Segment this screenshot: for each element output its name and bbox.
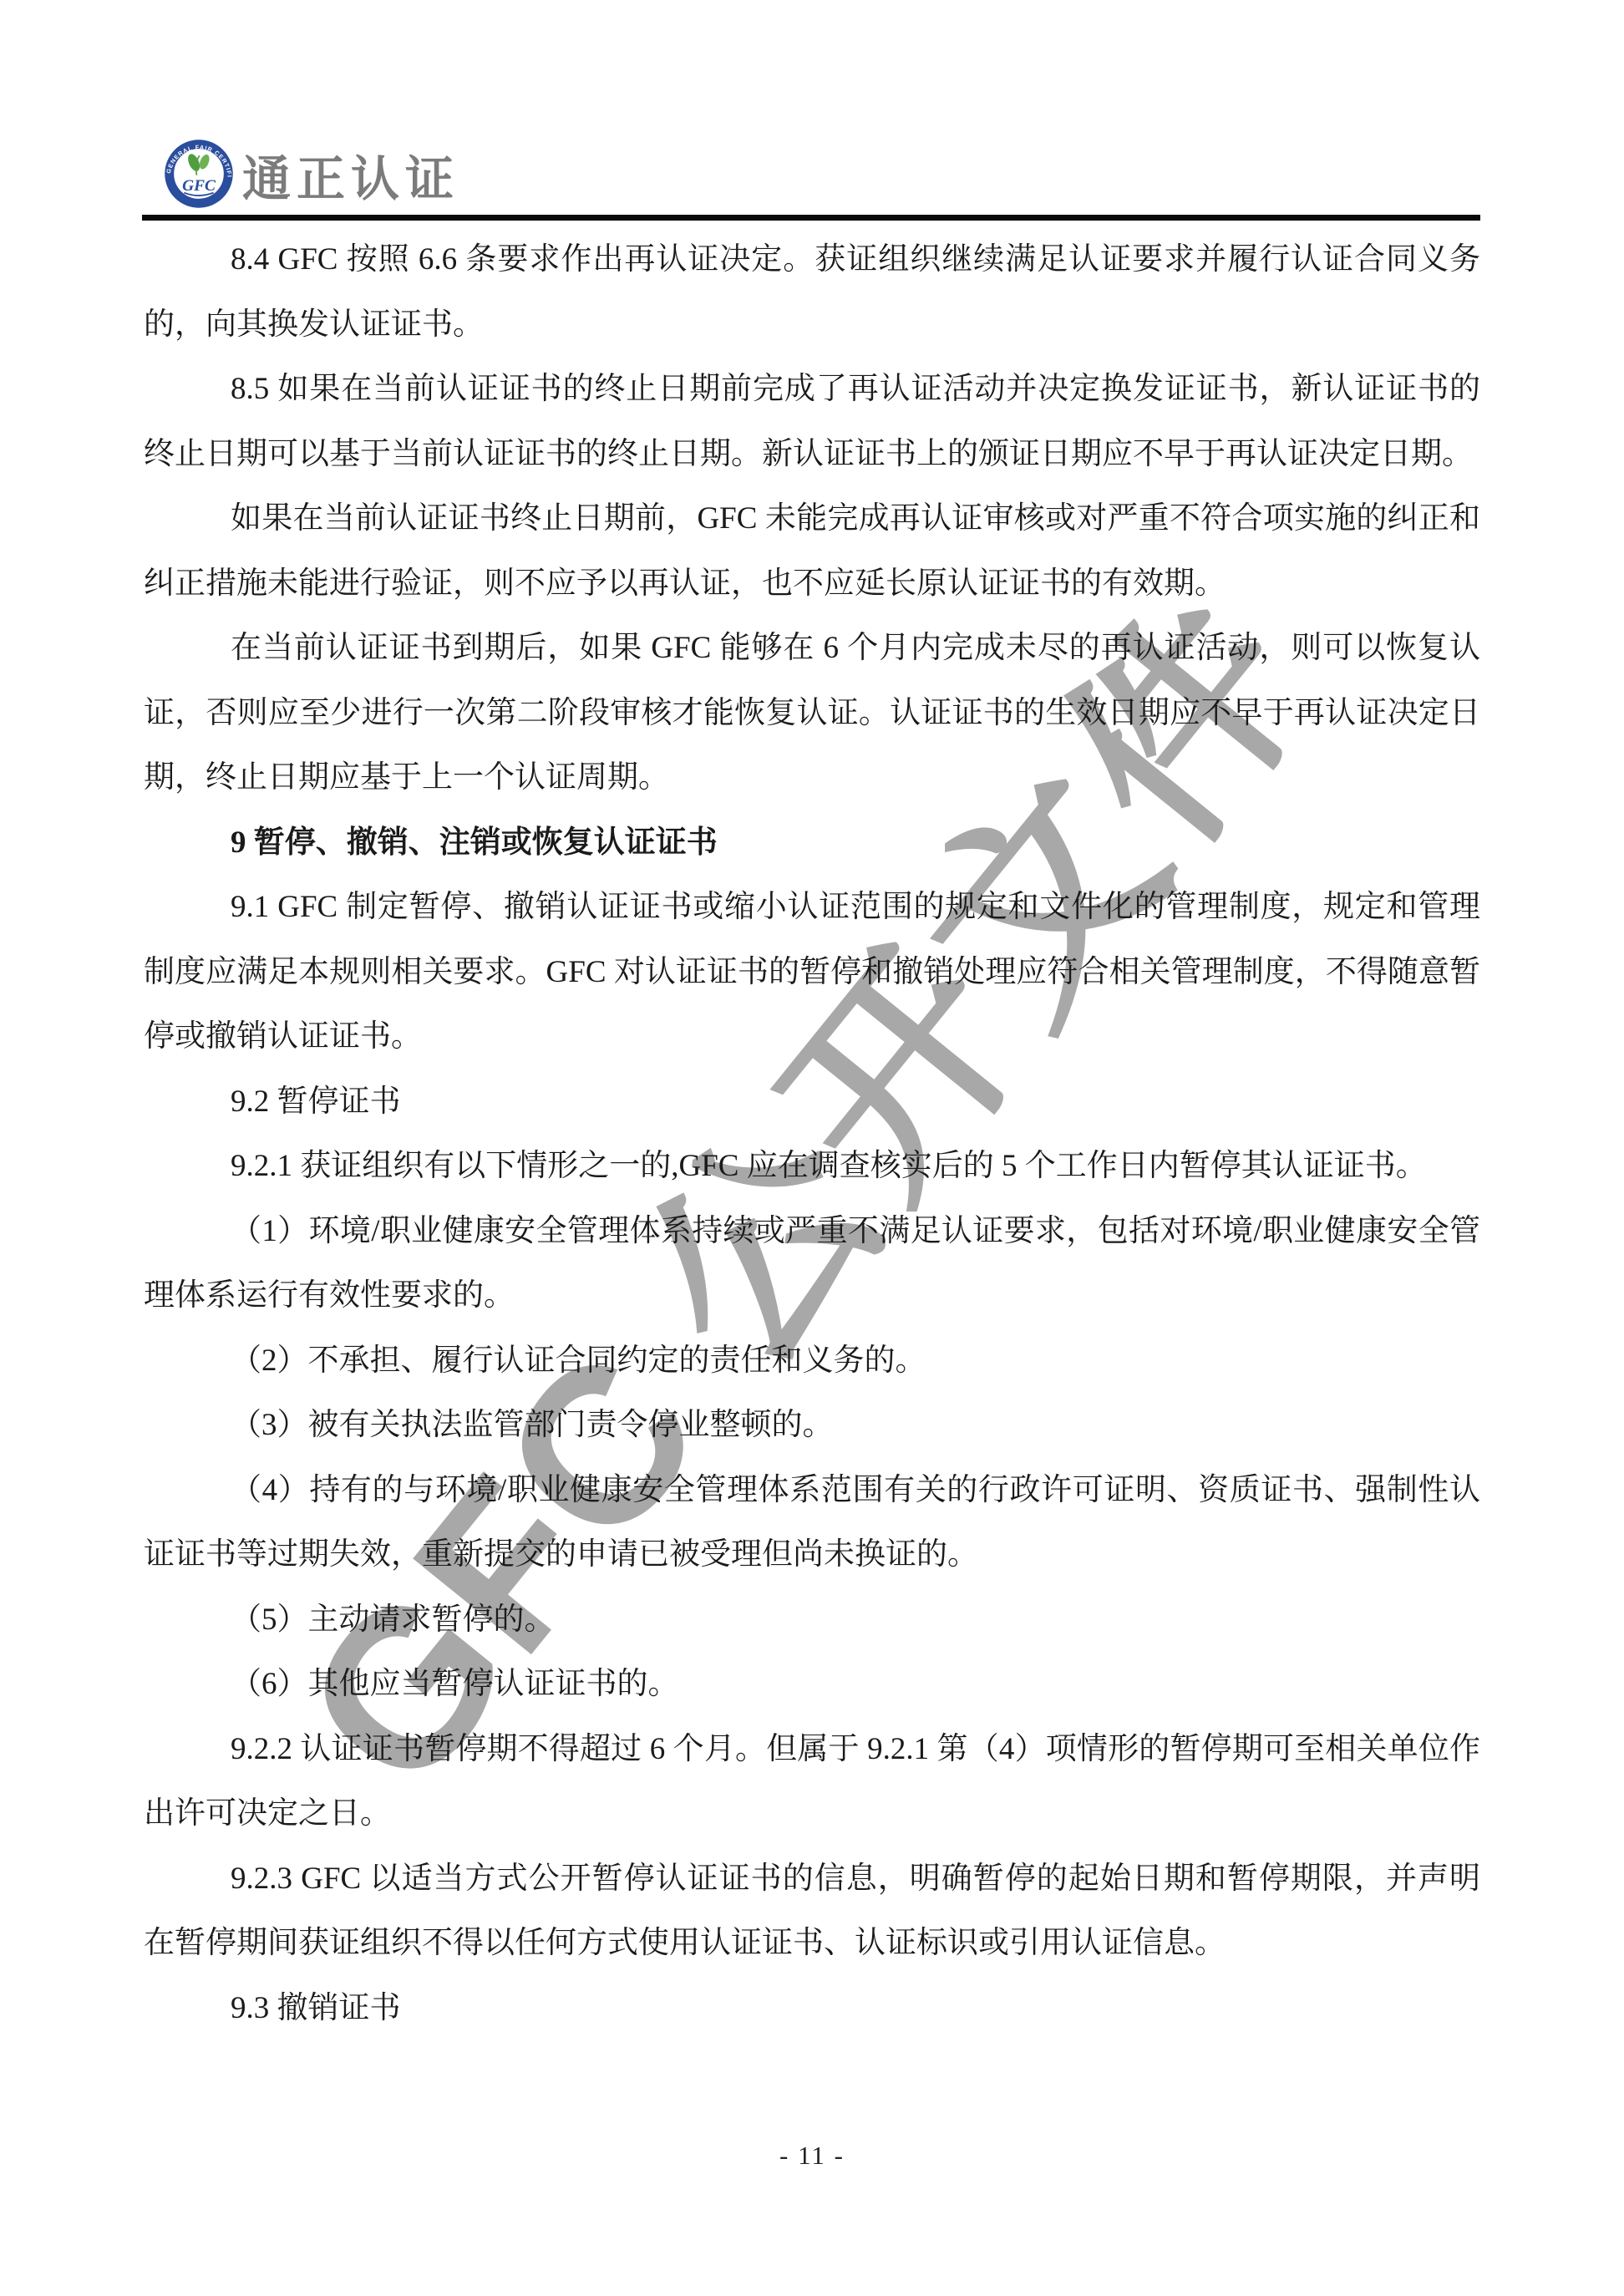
para-8-5c: 在当前认证证书到期后，如果 GFC 能够在 6 个月内完成未尽的再认证活动，则可… — [144, 616, 1480, 810]
header-divider — [142, 215, 1480, 221]
page-number: - 11 - — [0, 2141, 1624, 2171]
para-9-2-1: 9.2.1 获证组织有以下情形之一的,GFC 应在调查核实后的 5 个工作日内暂… — [144, 1134, 1480, 1199]
emblem-monogram: GFC — [182, 177, 216, 195]
page-header: GENERAL FAIR CERTIFICATION GFC 通正认证 — [0, 0, 1624, 226]
para-8-4: 8.4 GFC 按照 6.6 条要求作出再认证决定。获证组织继续满足认证要求并履… — [144, 227, 1480, 357]
document-page: GFC 公开文件 GENERAL FAIR CERTIFICATION GFC … — [0, 0, 1624, 2296]
para-9-1: 9.1 GFC 制定暂停、撤销认证证书或缩小认证范围的规定和文件化的管理制度，规… — [144, 875, 1480, 1069]
item-1: （1）环境/职业健康安全管理体系持续或严重不满足认证要求，包括对环境/职业健康安… — [144, 1199, 1480, 1328]
item-3: （3）被有关执法监管部门责令停业整顿的。 — [144, 1393, 1480, 1458]
para-9-2-3: 9.2.3 GFC 以适当方式公开暂停认证证书的信息，明确暂停的起始日期和暂停期… — [144, 1846, 1480, 1976]
gfc-logo-emblem-icon: GENERAL FAIR CERTIFICATION GFC — [164, 139, 234, 209]
para-9-2-2: 9.2.2 认证证书暂停期不得超过 6 个月。但属于 9.2.1 第（4）项情形… — [144, 1717, 1480, 1846]
para-9-3: 9.3 撤销证书 — [144, 1976, 1480, 2041]
document-body: 8.4 GFC 按照 6.6 条要求作出再认证决定。获证组织继续满足认证要求并履… — [144, 227, 1480, 2040]
item-2: （2）不承担、履行认证合同约定的责任和义务的。 — [144, 1328, 1480, 1394]
para-9-2: 9.2 暂停证书 — [144, 1069, 1480, 1135]
heading-9: 9 暂停、撤销、注销或恢复认证证书 — [144, 810, 1480, 876]
item-6: （6）其他应当暂停认证证书的。 — [144, 1652, 1480, 1717]
para-8-5b: 如果在当前认证证书终止日期前，GFC 未能完成再认证审核或对严重不符合项实施的纠… — [144, 486, 1480, 616]
brand-wordmark: 通正认证 — [242, 155, 459, 204]
para-8-5: 8.5 如果在当前认证证书的终止日期前完成了再认证活动并决定换发证证书，新认证证… — [144, 357, 1480, 486]
item-4: （4）持有的与环境/职业健康安全管理体系范围有关的行政许可证明、资质证书、强制性… — [144, 1458, 1480, 1587]
item-5: （5）主动请求暂停的。 — [144, 1587, 1480, 1653]
